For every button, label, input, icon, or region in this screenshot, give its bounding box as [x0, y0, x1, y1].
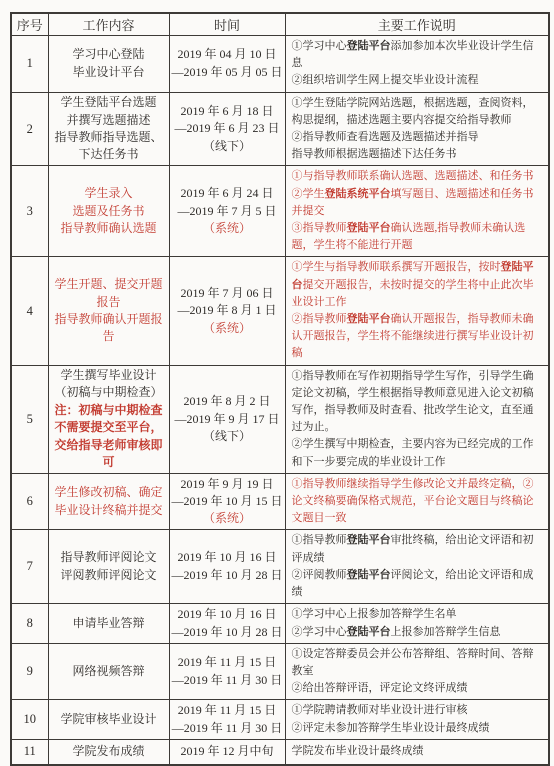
cell-seq: 8: [11, 604, 48, 643]
cell-desc: ①学生与指导教师联系撰写开题报告，按时登陆平台提交开题报告，未按时提交的学生将中…: [285, 257, 549, 365]
cell-desc: ①指导教师继续指导学生修改论文并最终定稿，②论文终稿要确保格式规范，平台论文题目…: [285, 473, 549, 530]
text-segment: ①与指导教师联系确认选题、选题描述、和任务书: [292, 170, 534, 182]
cell-seq: 1: [11, 36, 48, 93]
bold-text: 登陆平台: [347, 534, 391, 546]
time-line: —2019 年 10 月 28 日: [172, 567, 283, 584]
task-line: 学生开题、提交开题报告: [51, 276, 167, 311]
task-line: 并撰写选题描述: [51, 112, 167, 129]
cell-task: 学生撰写毕业设计（初稿与中期检查）注：初稿与中期检查不需要提交至平台，交给指导老…: [48, 365, 169, 473]
cell-seq: 2: [11, 92, 48, 166]
cell-seq: 7: [11, 530, 48, 604]
desc-paragraph: 指导教师根据选题描述下达任务书: [292, 146, 545, 163]
task-line: 学生修改初稿、确定: [51, 484, 167, 501]
time-line: —2019 年 9 月 17 日: [172, 411, 283, 428]
task-line: 学习中心登陆: [51, 46, 167, 63]
task-line: 指导教师指导选题、: [51, 129, 167, 146]
time-line: 2019 年 10 月 16 日: [172, 549, 283, 566]
table-header: 序号 工作内容 时间 主要工作说明: [11, 13, 549, 36]
time-line: —2019 年 05 月 05 日: [172, 64, 283, 81]
table-row: 4学生开题、提交开题报告指导教师确认开题报告2019 年 7 月 06 日—20…: [11, 257, 549, 365]
cell-task: 学生登陆平台选题并撰写选题描述指导教师指导选题、下达任务书: [48, 92, 169, 166]
desc-paragraph: ①与指导教师联系确认选题、选题描述、和任务书: [292, 168, 545, 185]
time-line: —2019 年 7 月 5 日: [172, 203, 283, 220]
bold-text: 登陆平台: [347, 569, 391, 581]
desc-paragraph: ②指导教师登陆平台确认开题报告，指导教师未确认开题报告，学生将不能继续进行撰写毕…: [292, 311, 545, 363]
cell-time: 2019 年 9 月 19 日—2019 年 10 月 15 日（系统）: [169, 473, 285, 530]
text-segment: ②评阅教师: [292, 569, 347, 581]
task-line: 指导教师确认开题报告: [51, 311, 167, 346]
time-line: 2019 年 04 月 10 日: [172, 46, 283, 63]
desc-paragraph: ①学生登陆学院网站选题，根据选题，查阅资料，构思提纲，描述选题主要内容提交给指导…: [292, 95, 545, 129]
cell-desc: ①指导教师在写作初期指导学生写作，引导学生确定论文初稿，学生根据指导教师意见进入…: [285, 365, 549, 473]
cell-time: 2019 年 6 月 24 日—2019 年 7 月 5 日（系统）: [169, 166, 285, 257]
desc-paragraph: ②组织培训学生网上提交毕业设计流程: [292, 72, 545, 89]
cell-seq: 5: [11, 365, 48, 473]
task-line: 网络视频答辩: [51, 663, 167, 669]
schedule-table-container: 序号 工作内容 时间 主要工作说明 1学习中心登陆毕业设计平台2019 年 04…: [10, 12, 548, 669]
time-line: 2019 年 9 月 19 日: [172, 476, 283, 493]
time-line: —2019 年 10 月 28 日: [172, 624, 283, 641]
cell-time: 2019 年 11 月 15 日—2019 年 11 月 30 日: [169, 643, 285, 669]
text-segment: ①指导教师继续指导学生修改论文并最终定稿，②论文终稿要确保格式规范，平台论文题目…: [292, 478, 534, 524]
desc-paragraph: ①设定答辩委员会并公布答辩组、答辩时间、答辩教室: [292, 646, 545, 669]
header-row: 序号 工作内容 时间 主要工作说明: [11, 13, 549, 36]
time-line: （线下）: [172, 428, 283, 445]
cell-seq: 4: [11, 257, 48, 365]
bold-text: 登陆平台: [347, 626, 391, 638]
cell-task: 网络视频答辩: [48, 643, 169, 669]
cell-task: 指导教师评阅论文评阅教师评阅论文: [48, 530, 169, 604]
task-line: 注：初稿与中期检查不需要提交至平台，交给指导老师审核即可: [51, 402, 167, 472]
time-line: （系统）: [172, 320, 283, 337]
table-row: 8申请毕业答辩2019 年 10 月 16 日—2019 年 10 月 28 日…: [11, 604, 549, 643]
time-line: 2019 年 6 月 24 日: [172, 185, 283, 202]
cell-time: 2019 年 10 月 16 日—2019 年 10 月 28 日: [169, 530, 285, 604]
desc-paragraph: ①指导教师登陆平台审批终稿，给出论文评语和初评成绩: [292, 532, 545, 566]
text-segment: ②指导教师: [292, 313, 347, 325]
table-row: 3学生录入选题及任务书指导教师确认选题2019 年 6 月 24 日—2019 …: [11, 166, 549, 257]
text-segment: ②组织培训学生网上提交毕业设计流程: [292, 74, 479, 86]
bold-text: 登陆平台: [347, 313, 391, 325]
text-segment: ②学习中心: [292, 626, 347, 638]
time-line: —2019 年 8 月 1 日: [172, 302, 283, 319]
time-line: 2019 年 11 月 15 日: [172, 654, 283, 669]
task-line: 学生撰写毕业设计: [51, 367, 167, 384]
cell-time: 2019 年 8 月 2 日—2019 年 9 月 17 日（线下）: [169, 365, 285, 473]
table-body: 1学习中心登陆毕业设计平台2019 年 04 月 10 日—2019 年 05 …: [11, 36, 549, 670]
time-line: （系统）: [172, 510, 283, 527]
time-line: （线下）: [172, 138, 283, 155]
desc-paragraph: ②学习中心登陆平台上报参加答辩学生信息: [292, 624, 545, 641]
time-line: 2019 年 7 月 06 日: [172, 285, 283, 302]
task-line: 学生登陆平台选题: [51, 94, 167, 111]
time-line: —2019 年 6 月 23 日: [172, 120, 283, 137]
cell-task: 申请毕业答辩: [48, 604, 169, 643]
text-segment: ②指导教师查看选题及选题描述并指导: [292, 131, 479, 143]
text-segment: 提交开题报告，未按时提交的学生将中止此次毕业设计工作: [292, 279, 534, 308]
cell-desc: ①设定答辩委员会并公布答辩组、答辩时间、答辩教室②给出答辩评语，评定论文终评成绩: [285, 643, 549, 669]
task-line: （初稿与中期检查）: [51, 384, 167, 401]
table-row: 2学生登陆平台选题并撰写选题描述指导教师指导选题、下达任务书2019 年 6 月…: [11, 92, 549, 166]
cell-time: 2019 年 6 月 18 日—2019 年 6 月 23 日（线下）: [169, 92, 285, 166]
schedule-table: 序号 工作内容 时间 主要工作说明 1学习中心登陆毕业设计平台2019 年 04…: [10, 12, 550, 669]
bold-text: 登陆平台: [347, 40, 391, 52]
text-segment: ②学生: [292, 188, 325, 200]
cell-time: 2019 年 04 月 10 日—2019 年 05 月 05 日: [169, 36, 285, 93]
desc-paragraph: ①学习中心上报参加答辩学生名单: [292, 606, 545, 623]
cell-desc: ①与指导教师联系确认选题、选题描述、和任务书②学生登陆系统平台填写题目、选题描述…: [285, 166, 549, 257]
cell-time: 2019 年 7 月 06 日—2019 年 8 月 1 日（系统）: [169, 257, 285, 365]
cell-task: 学生修改初稿、确定毕业设计终稿并提交: [48, 473, 169, 530]
col-header-seq: 序号: [11, 13, 48, 36]
col-header-desc: 主要工作说明: [285, 13, 549, 36]
text-segment: ①学生登陆学院网站选题，根据选题，查阅资料，构思提纲，描述选题主要内容提交给指导…: [292, 97, 534, 126]
cell-desc: ①指导教师登陆平台审批终稿，给出论文评语和初评成绩②评阅教师登陆平台评阅论文，给…: [285, 530, 549, 604]
col-header-task: 工作内容: [48, 13, 169, 36]
text-segment: ①设定答辩委员会并公布答辩组、答辩时间、答辩教室: [292, 648, 534, 669]
desc-paragraph: ①指导教师继续指导学生修改论文并最终定稿，②论文终稿要确保格式规范，平台论文题目…: [292, 476, 545, 528]
text-segment: ①学习中心: [292, 40, 347, 52]
task-line: 指导教师评阅论文: [51, 549, 167, 566]
table-row: 5学生撰写毕业设计（初稿与中期检查）注：初稿与中期检查不需要提交至平台，交给指导…: [11, 365, 549, 473]
time-line: 2019 年 6 月 18 日: [172, 103, 283, 120]
desc-paragraph: ②评阅教师登陆平台评阅论文，给出论文评语和成绩: [292, 567, 545, 601]
task-line: 申请毕业答辩: [51, 615, 167, 632]
bold-text: 登陆系统平台: [325, 188, 391, 200]
desc-paragraph: ②学生撰写中期检查，主要内容为已经完成的工作和下一步要完成的毕业设计工作: [292, 436, 545, 470]
table-row: 7指导教师评阅论文评阅教师评阅论文2019 年 10 月 16 日—2019 年…: [11, 530, 549, 604]
time-line: （系统）: [172, 220, 283, 237]
task-line: 毕业设计终稿并提交: [51, 502, 167, 519]
cell-seq: 9: [11, 643, 48, 669]
table-row: 9网络视频答辩2019 年 11 月 15 日—2019 年 11 月 30 日…: [11, 643, 549, 669]
desc-paragraph: ①指导教师在写作初期指导学生写作，引导学生确定论文初稿，学生根据指导教师意见进入…: [292, 368, 545, 437]
text-segment: ③指导教师: [292, 222, 347, 234]
task-line: 选题及任务书: [51, 203, 167, 220]
desc-paragraph: ②指导教师查看选题及选题描述并指导: [292, 129, 545, 146]
time-line: 2019 年 8 月 2 日: [172, 393, 283, 410]
desc-paragraph: ①学生与指导教师联系撰写开题报告，按时登陆平台提交开题报告，未按时提交的学生将中…: [292, 259, 545, 311]
cell-task: 学习中心登陆毕业设计平台: [48, 36, 169, 93]
cell-time: 2019 年 10 月 16 日—2019 年 10 月 28 日: [169, 604, 285, 643]
cell-desc: ①学习中心上报参加答辩学生名单②学习中心登陆平台上报参加答辩学生信息: [285, 604, 549, 643]
cell-seq: 3: [11, 166, 48, 257]
desc-paragraph: ③指导教师登陆平台确认选题,指导教师未确认选题，学生将不能进行开题: [292, 220, 545, 254]
time-line: —2019 年 10 月 15 日: [172, 493, 283, 510]
text-segment: 上报参加答辩学生信息: [391, 626, 501, 638]
table-row: 1学习中心登陆毕业设计平台2019 年 04 月 10 日—2019 年 05 …: [11, 36, 549, 93]
text-segment: ①学生与指导教师联系撰写开题报告，按时: [292, 261, 501, 273]
col-header-time: 时间: [169, 13, 285, 36]
bold-text: 登陆平台: [347, 222, 391, 234]
desc-paragraph: ②学生登陆系统平台填写题目、选题描述和任务书并提交: [292, 186, 545, 220]
time-line: 2019 年 10 月 16 日: [172, 606, 283, 623]
table-row: 6学生修改初稿、确定毕业设计终稿并提交2019 年 9 月 19 日—2019 …: [11, 473, 549, 530]
text-segment: 指导教师根据选题描述下达任务书: [292, 148, 457, 160]
cell-seq: 6: [11, 473, 48, 530]
text-segment: ①指导教师: [292, 534, 347, 546]
task-line: 评阅教师评阅论文: [51, 567, 167, 584]
text-segment: ①学习中心上报参加答辩学生名单: [292, 608, 457, 620]
task-line: 指导教师确认选题: [51, 220, 167, 237]
desc-paragraph: ①学习中心登陆平台添加参加本次毕业设计学生信息: [292, 38, 545, 72]
task-line: 下达任务书: [51, 146, 167, 163]
cell-desc: ①学习中心登陆平台添加参加本次毕业设计学生信息②组织培训学生网上提交毕业设计流程: [285, 36, 549, 93]
cell-task: 学生开题、提交开题报告指导教师确认开题报告: [48, 257, 169, 365]
text-segment: ②学生撰写中期检查，主要内容为已经完成的工作和下一步要完成的毕业设计工作: [292, 438, 534, 467]
text-segment: ①指导教师在写作初期指导学生写作，引导学生确定论文初稿，学生根据指导教师意见进入…: [292, 370, 534, 434]
task-line: 毕业设计平台: [51, 64, 167, 81]
cell-desc: ①学生登陆学院网站选题，根据选题，查阅资料，构思提纲，描述选题主要内容提交给指导…: [285, 92, 549, 166]
task-line: 学生录入: [51, 185, 167, 202]
cell-task: 学生录入选题及任务书指导教师确认选题: [48, 166, 169, 257]
